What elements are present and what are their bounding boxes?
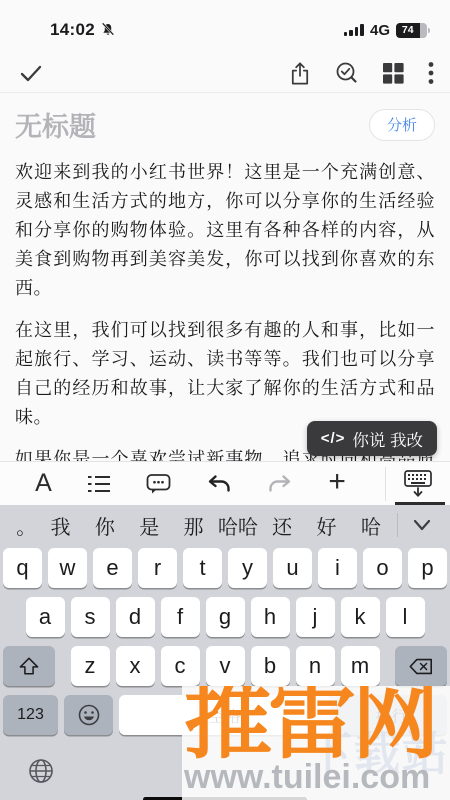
globe-keyboard-switch-icon[interactable] — [26, 756, 56, 786]
note-title-placeholder[interactable]: 无标题 — [15, 105, 96, 144]
backspace-key[interactable] — [395, 646, 447, 686]
note-paragraph: 欢迎来到我的小红书世界！这里是一个充满创意、灵感和生活方式的地方，你可以分享你的… — [15, 158, 435, 303]
watermark-site-name: 推雷网 — [184, 686, 436, 764]
expand-suggestions-button[interactable] — [402, 518, 442, 532]
watermark-overlay: 下载站 推雷网 www.tuilei.com — [182, 686, 450, 800]
suggestion[interactable]: 好 — [304, 511, 348, 540]
ai-edit-label: 你说 我改 — [352, 427, 423, 451]
grid-view-button[interactable] — [383, 63, 404, 84]
mute-bell-icon — [100, 22, 116, 38]
suggestion-divider — [397, 513, 398, 537]
key-g[interactable]: g — [206, 597, 245, 637]
analyze-button[interactable]: 分析 — [369, 109, 435, 141]
more-menu-button[interactable] — [428, 61, 434, 85]
key-d[interactable]: d — [116, 597, 155, 637]
key-z[interactable]: z — [71, 646, 110, 686]
key-a[interactable]: a — [26, 597, 65, 637]
key-o[interactable]: o — [363, 548, 402, 588]
key-f[interactable]: f — [161, 597, 200, 637]
key-row-1: q w e r t y u i o p — [0, 548, 450, 588]
key-s[interactable]: s — [71, 597, 110, 637]
note-paragraph: 在这里，我们可以找到很多有趣的人和事，比如一起旅行、学习、运动、读书等等。我们也… — [15, 316, 435, 432]
key-j[interactable]: j — [296, 597, 335, 637]
status-bar: 14:02 4G 74 — [0, 0, 450, 54]
format-toolbar: A — [0, 461, 450, 505]
key-m[interactable]: m — [341, 646, 380, 686]
key-h[interactable]: h — [251, 597, 290, 637]
redo-button[interactable] — [267, 472, 293, 496]
network-type: 4G — [370, 22, 390, 39]
key-n[interactable]: n — [296, 646, 335, 686]
dismiss-keyboard-button[interactable] — [402, 469, 434, 499]
emoji-key[interactable] — [64, 695, 113, 735]
phone-screen: 14:02 4G 74 — [0, 0, 450, 800]
suggestion[interactable]: 是 — [127, 511, 171, 540]
done-check-button[interactable] — [18, 60, 44, 86]
note-editor[interactable]: 无标题 分析 欢迎来到我的小红书世界！这里是一个充满创意、灵感和生活方式的地方，… — [0, 93, 450, 461]
battery-icon: 74 — [396, 23, 430, 38]
key-c[interactable]: c — [161, 646, 200, 686]
key-row-2: a s d f g h j k l — [0, 597, 450, 637]
battery-percent: 74 — [396, 23, 420, 38]
suggestion[interactable]: 还 — [260, 511, 304, 540]
share-button[interactable] — [289, 61, 311, 86]
suggestion[interactable]: 我 — [38, 511, 82, 540]
code-icon: </> — [321, 430, 346, 447]
key-l[interactable]: l — [386, 597, 425, 637]
suggestion-bar: 。 我 你 是 那 哈哈 还 好 哈 — [0, 505, 450, 545]
key-p[interactable]: p — [408, 548, 447, 588]
comment-button[interactable] — [146, 472, 171, 496]
key-y[interactable]: y — [228, 548, 267, 588]
key-x[interactable]: x — [116, 646, 155, 686]
key-v[interactable]: v — [206, 646, 245, 686]
key-e[interactable]: e — [93, 548, 132, 588]
key-row-3: z x c v b n m — [0, 646, 450, 686]
suggestion[interactable]: 那 — [171, 511, 215, 540]
list-button[interactable] — [87, 473, 111, 495]
top-toolbar — [0, 54, 450, 93]
key-i[interactable]: i — [318, 548, 357, 588]
key-r[interactable]: r — [138, 548, 177, 588]
suggestion[interactable]: 哈哈 — [216, 511, 260, 540]
cellular-signal-icon — [344, 24, 364, 36]
suggestion[interactable]: 你 — [83, 511, 127, 540]
review-check-button[interactable] — [335, 61, 359, 85]
insert-button[interactable]: + — [328, 467, 346, 497]
suggestion[interactable]: 哈 — [349, 511, 393, 540]
key-u[interactable]: u — [273, 548, 312, 588]
key-w[interactable]: w — [48, 548, 87, 588]
key-t[interactable]: t — [183, 548, 222, 588]
undo-button[interactable] — [206, 472, 232, 496]
key-k[interactable]: k — [341, 597, 380, 637]
key-b[interactable]: b — [251, 646, 290, 686]
text-format-button[interactable]: A — [35, 469, 52, 498]
key-q[interactable]: q — [3, 548, 42, 588]
suggestion[interactable]: 。 — [14, 511, 38, 540]
clock: 14:02 — [50, 20, 95, 40]
numbers-key[interactable]: 123 — [3, 695, 58, 735]
watermark-site-url: www.tuilei.com — [184, 758, 430, 797]
shift-key[interactable] — [3, 646, 55, 686]
ai-edit-tooltip[interactable]: </> 你说 我改 — [307, 421, 437, 456]
